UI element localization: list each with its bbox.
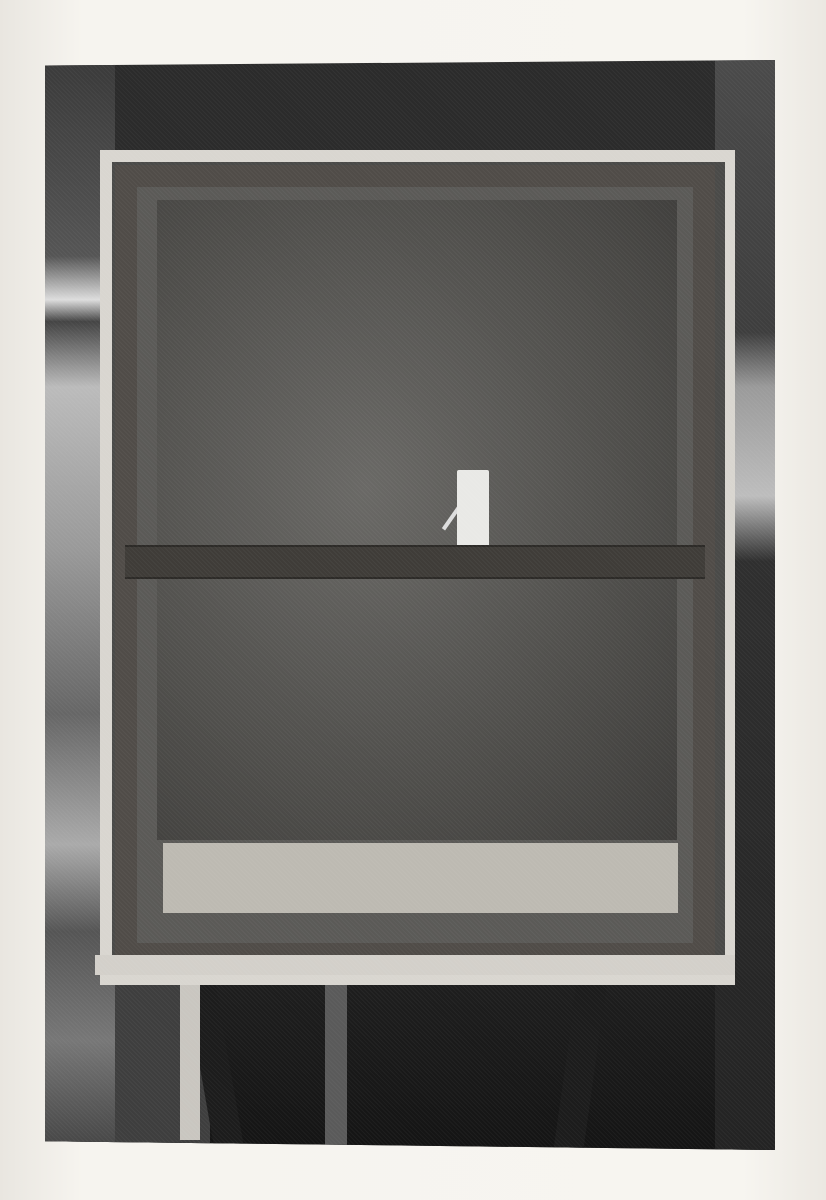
easel-post	[180, 980, 200, 1140]
canvas-back	[157, 200, 677, 840]
photograph	[45, 60, 775, 1150]
easel-ledge	[95, 955, 735, 975]
canvas-lower-strip	[163, 843, 678, 913]
easel-leg-center	[325, 980, 347, 1150]
stretcher-crossbar	[125, 545, 705, 579]
hanging-tag	[457, 470, 489, 545]
